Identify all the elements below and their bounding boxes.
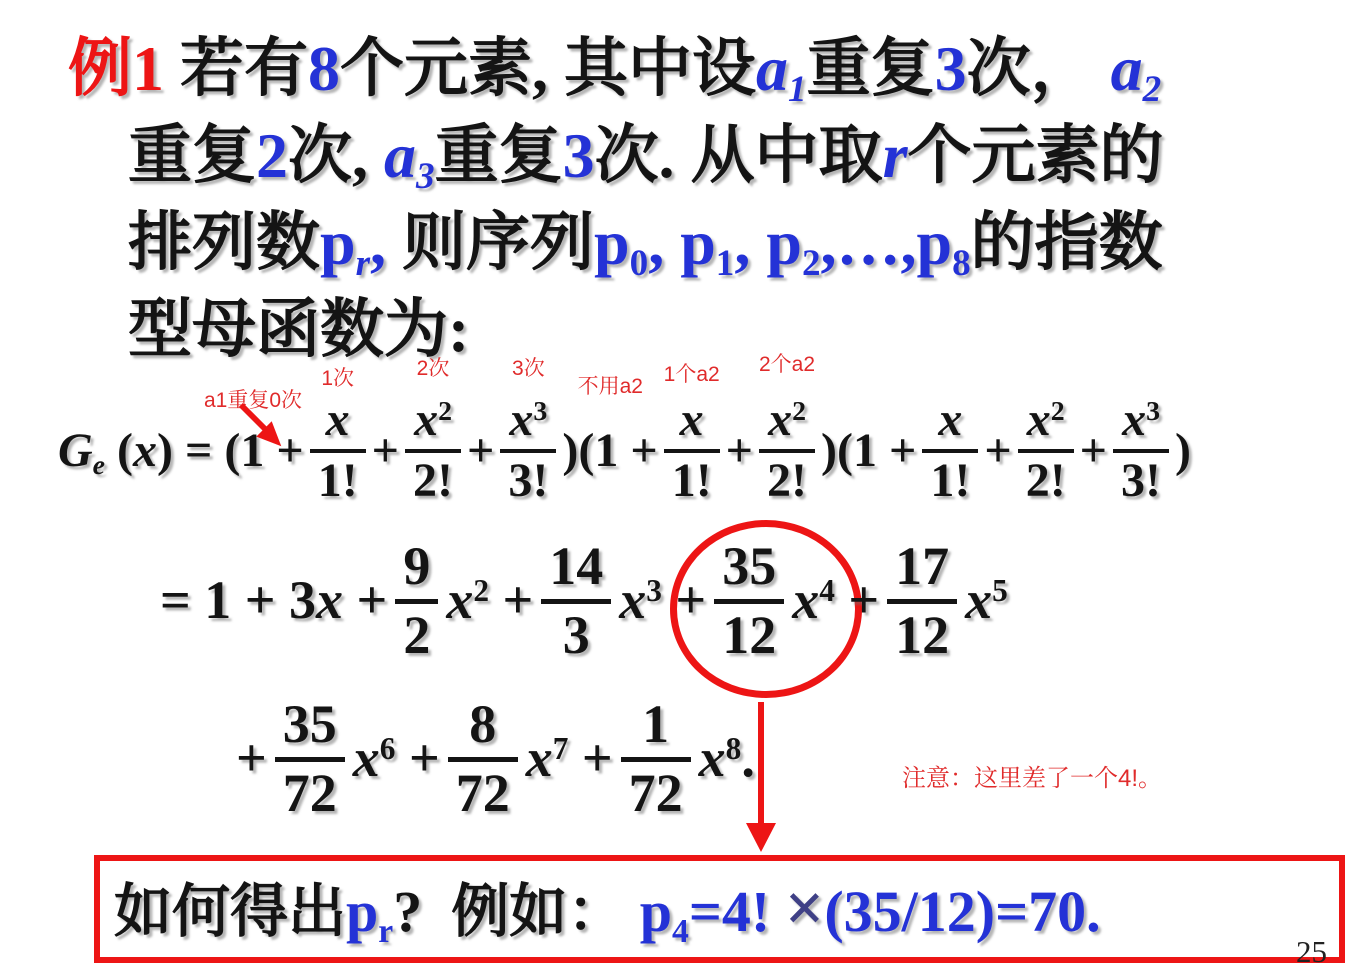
text-segment: x — [526, 728, 553, 788]
text-segment: 12 — [722, 605, 776, 665]
title-line-2: 重复2次, a3重复3次. 从中取r个元素的 — [0, 112, 1364, 199]
denominator: 2 — [395, 604, 438, 664]
numerator: 9 — [395, 538, 438, 603]
text-segment: x — [965, 570, 992, 630]
text-segment: × — [785, 870, 825, 947]
text-segment: ) — [1175, 424, 1191, 477]
text-segment: x — [1027, 393, 1051, 446]
text-segment: 2! — [767, 454, 807, 507]
text-segment: 3 — [935, 33, 967, 104]
text-segment: p — [680, 207, 716, 278]
text-segment: + — [835, 570, 879, 630]
fraction: x33! — [1113, 395, 1169, 507]
text-segment: 2 — [1143, 69, 1162, 110]
text-segment: ? — [393, 879, 422, 944]
text-segment: + — [1080, 424, 1107, 477]
math-text: x6 + — [353, 729, 440, 788]
text-segment: 4 — [672, 913, 689, 950]
text-segment: 1! — [318, 454, 358, 507]
text-segment: 重复 — [128, 120, 256, 191]
text-segment: x — [509, 393, 533, 446]
text-segment: + — [726, 424, 753, 477]
math-text: ) — [1175, 425, 1191, 478]
text-segment: 8 — [952, 243, 971, 284]
denominator: 2! — [405, 453, 461, 507]
text-segment: 3! — [1121, 454, 1161, 507]
math-text: )(1 +不用a2 — [562, 425, 657, 478]
numerator: 35 — [275, 696, 345, 761]
denominator: 3 — [541, 604, 611, 664]
fraction: x22! — [1018, 395, 1074, 507]
denominator: 3! — [500, 453, 556, 507]
text-segment: p — [594, 207, 630, 278]
text-segment: r — [883, 120, 908, 191]
text-segment: )(1 + — [821, 424, 916, 477]
math-text: + — [1080, 425, 1107, 478]
text-segment: 3 — [646, 573, 662, 608]
slide: 例1 若有8个元素, 其中设a1重复3次， a2 重复2次, a3重复3次. 从… — [0, 0, 1364, 972]
numerator: x — [664, 395, 720, 453]
text-segment: ,…, — [821, 207, 917, 278]
text-segment: 1! — [930, 454, 970, 507]
text-segment: , — [370, 207, 402, 278]
text-segment: x — [619, 570, 646, 630]
text-segment: + — [984, 424, 1011, 477]
text-segment: 6 — [380, 731, 396, 766]
numerator: x — [310, 395, 366, 453]
text-segment: x — [1122, 393, 1146, 446]
math-text: x8. — [699, 729, 755, 788]
fraction: 172 — [621, 696, 691, 821]
text-segment: 8 — [308, 33, 340, 104]
text-segment: x — [792, 570, 819, 630]
numerator: x3 — [1113, 395, 1169, 453]
text-segment: x — [446, 570, 473, 630]
text-segment: 次. 从中取 — [595, 120, 883, 191]
fraction: x22!2次 — [405, 395, 461, 507]
text-segment: ( — [105, 424, 133, 477]
fraction: x33!3次 — [500, 395, 556, 507]
text-segment: . — [741, 728, 755, 788]
text-segment: a — [384, 120, 416, 191]
text-segment: 若有 — [164, 33, 308, 104]
math-text: + — [236, 729, 267, 788]
text-segment: 72 — [629, 763, 683, 823]
text-segment: 次, — [288, 120, 384, 191]
numerator: 14 — [541, 538, 611, 603]
text-segment: 2 — [802, 243, 821, 284]
fraction: x1!1次 — [310, 395, 366, 507]
text-segment: a — [1111, 33, 1143, 104]
text-segment: 35 — [283, 694, 337, 754]
denominator: 1! — [310, 453, 366, 507]
fraction: 872 — [448, 696, 518, 821]
text-segment: 2 — [438, 396, 452, 427]
text-segment: 8 — [469, 694, 496, 754]
text-segment: x — [326, 393, 350, 446]
title-line-4: 型母函数为: — [0, 286, 1364, 373]
text-segment: 如何得出 — [114, 879, 346, 944]
math-text: x2 + — [446, 571, 533, 630]
text-segment: x — [699, 728, 726, 788]
bottom-box: 如何得出pr? 例如： p4=4! ×(35/12)=70. — [94, 855, 1345, 963]
text-segment: 个元素的 — [907, 120, 1163, 191]
math-text: = 1 + 3x + — [160, 571, 387, 630]
numerator: x2 — [1018, 395, 1074, 453]
text-segment: 例如： — [422, 879, 640, 944]
text-segment: 2 — [256, 120, 288, 191]
math-text: x4 + — [792, 571, 879, 630]
title-block: 例1 若有8个元素, 其中设a1重复3次， a2 重复2次, a3重复3次. 从… — [0, 25, 1364, 373]
text-segment: (35/12)=70. — [824, 879, 1100, 944]
denominator: 2! — [1018, 453, 1074, 507]
text-segment: 1 — [788, 69, 807, 110]
text-segment: x — [414, 393, 438, 446]
text-segment: + — [467, 424, 494, 477]
denominator: 12 — [714, 604, 784, 664]
text-segment: r — [356, 243, 370, 284]
denominator: 3! — [1113, 453, 1169, 507]
text-segment: 1 — [716, 243, 735, 284]
math-text: + — [467, 425, 494, 478]
title-line-1: 例1 若有8个元素, 其中设a1重复3次， a2 — [0, 25, 1364, 112]
annotation-no_a2: 不用a2 — [578, 376, 643, 397]
fraction: x1!1个a2 — [664, 395, 720, 507]
text-segment: 2! — [1026, 454, 1066, 507]
text-segment: 0 — [630, 243, 649, 284]
text-segment: + — [395, 728, 439, 788]
bottom-box-formula: 如何得出pr? 例如： p4=4! ×(35/12)=70. — [114, 874, 1101, 944]
annotation-one_a2: 1个a2 — [664, 364, 720, 385]
text-segment: 2! — [413, 454, 453, 507]
text-segment: 72 — [283, 763, 337, 823]
text-segment: 3 — [563, 120, 595, 191]
text-segment: 个元素, 其中设 — [340, 33, 756, 104]
text-segment: )(1 + — [562, 424, 657, 477]
math-text: + — [726, 425, 753, 478]
title-line-3: 排列数pr, 则序列p0, p1, p2,…,p8的指数 — [0, 199, 1364, 286]
denominator: 2! — [759, 453, 815, 507]
text-segment: 3 — [1146, 396, 1160, 427]
text-segment: + — [489, 570, 533, 630]
numerator: x3 — [500, 395, 556, 453]
text-segment: 35 — [722, 536, 776, 596]
text-segment: + — [568, 728, 612, 788]
text-segment: 8 — [726, 731, 742, 766]
fraction: 3512 — [714, 538, 784, 663]
math-text: + — [372, 425, 399, 478]
numerator: 17 — [887, 538, 957, 603]
text-segment: 则序列 — [402, 207, 594, 278]
text-segment: x — [316, 570, 343, 630]
denominator: 72 — [448, 762, 518, 822]
denominator: 12 — [887, 604, 957, 664]
text-segment: p — [346, 879, 378, 944]
formula-line-3: +3572x6 +872x7 +172x8. — [236, 682, 755, 836]
text-segment: x — [680, 393, 704, 446]
text-segment: 次， — [967, 33, 1111, 104]
text-segment: + — [662, 570, 706, 630]
numerator: x2 — [759, 395, 815, 453]
text-segment: r — [378, 913, 393, 950]
math-text: )(1 + — [821, 425, 916, 478]
text-segment: x — [133, 424, 157, 477]
text-segment: x — [938, 393, 962, 446]
annotation-once: 1次 — [321, 368, 354, 389]
text-segment: + — [236, 728, 267, 788]
formula-line-2: = 1 + 3x +92x2 +143x3 +3512x4 +1712x5 — [160, 524, 1008, 678]
text-segment: , — [734, 207, 766, 278]
denominator: 1! — [922, 453, 978, 507]
annotation-twice: 2次 — [417, 358, 450, 379]
text-segment: p — [640, 879, 672, 944]
text-segment: 4 — [819, 573, 835, 608]
text-segment: a — [756, 33, 788, 104]
diagonal-arrow-icon — [236, 402, 292, 452]
numerator: x2 — [405, 395, 461, 453]
fraction: 1712 — [887, 538, 957, 663]
text-segment: 3 — [563, 605, 590, 665]
numerator: 35 — [714, 538, 784, 603]
math-text: x7 + — [526, 729, 613, 788]
text-segment: 2 — [403, 605, 430, 665]
text-segment: + — [372, 424, 399, 477]
text-segment: 重复 — [435, 120, 563, 191]
text-segment: 12 — [895, 605, 949, 665]
text-segment: = 1 + 3 — [160, 570, 316, 630]
text-segment: 3! — [508, 454, 548, 507]
text-segment: 2 — [792, 396, 806, 427]
text-segment: + — [343, 570, 387, 630]
math-text: x3 + — [619, 571, 706, 630]
text-segment: 2 — [1051, 396, 1065, 427]
text-segment: 型母函数为: — [128, 294, 469, 365]
text-segment: e — [93, 450, 105, 481]
text-segment: =4! — [689, 879, 785, 944]
text-segment: 3 — [416, 156, 435, 197]
text-segment: p — [320, 207, 356, 278]
denominator: 72 — [621, 762, 691, 822]
fraction: 3572 — [275, 696, 345, 821]
denominator: 72 — [275, 762, 345, 822]
text-segment: 7 — [553, 731, 569, 766]
text-segment: p — [917, 207, 953, 278]
math-text: x5 — [965, 571, 1008, 630]
text-segment: 排列数 — [128, 207, 320, 278]
text-segment: 3 — [533, 396, 547, 427]
text-segment: 的指数 — [971, 207, 1163, 278]
fraction: x22!2个a2 — [759, 395, 815, 507]
text-segment: 72 — [456, 763, 510, 823]
text-segment: 1 — [642, 694, 669, 754]
text-segment: 例1 — [68, 33, 164, 104]
text-segment: x — [353, 728, 380, 788]
math-text: + — [984, 425, 1011, 478]
denominator: 1! — [664, 453, 720, 507]
text-segment: 5 — [992, 573, 1008, 608]
numerator: 8 — [448, 696, 518, 761]
text-segment: x — [768, 393, 792, 446]
annotation-thrice: 3次 — [512, 358, 545, 379]
fraction: 92 — [395, 538, 438, 663]
text-segment: 9 — [403, 536, 430, 596]
annotation-two_a2: 2个a2 — [759, 354, 815, 375]
text-segment: p — [766, 207, 802, 278]
fraction: 143 — [541, 538, 611, 663]
numerator: 1 — [621, 696, 691, 761]
text-segment: 2 — [473, 573, 489, 608]
note-text: 注意：这里差了一个4!。 — [902, 758, 1162, 793]
text-segment: 重复 — [807, 33, 935, 104]
text-segment: , — [648, 207, 680, 278]
page-number: 25 — [1296, 934, 1327, 970]
text-segment: G — [58, 424, 93, 477]
text-segment: 14 — [549, 536, 603, 596]
numerator: x — [922, 395, 978, 453]
text-segment: 1! — [672, 454, 712, 507]
fraction: x1! — [922, 395, 978, 507]
text-segment: 17 — [895, 536, 949, 596]
